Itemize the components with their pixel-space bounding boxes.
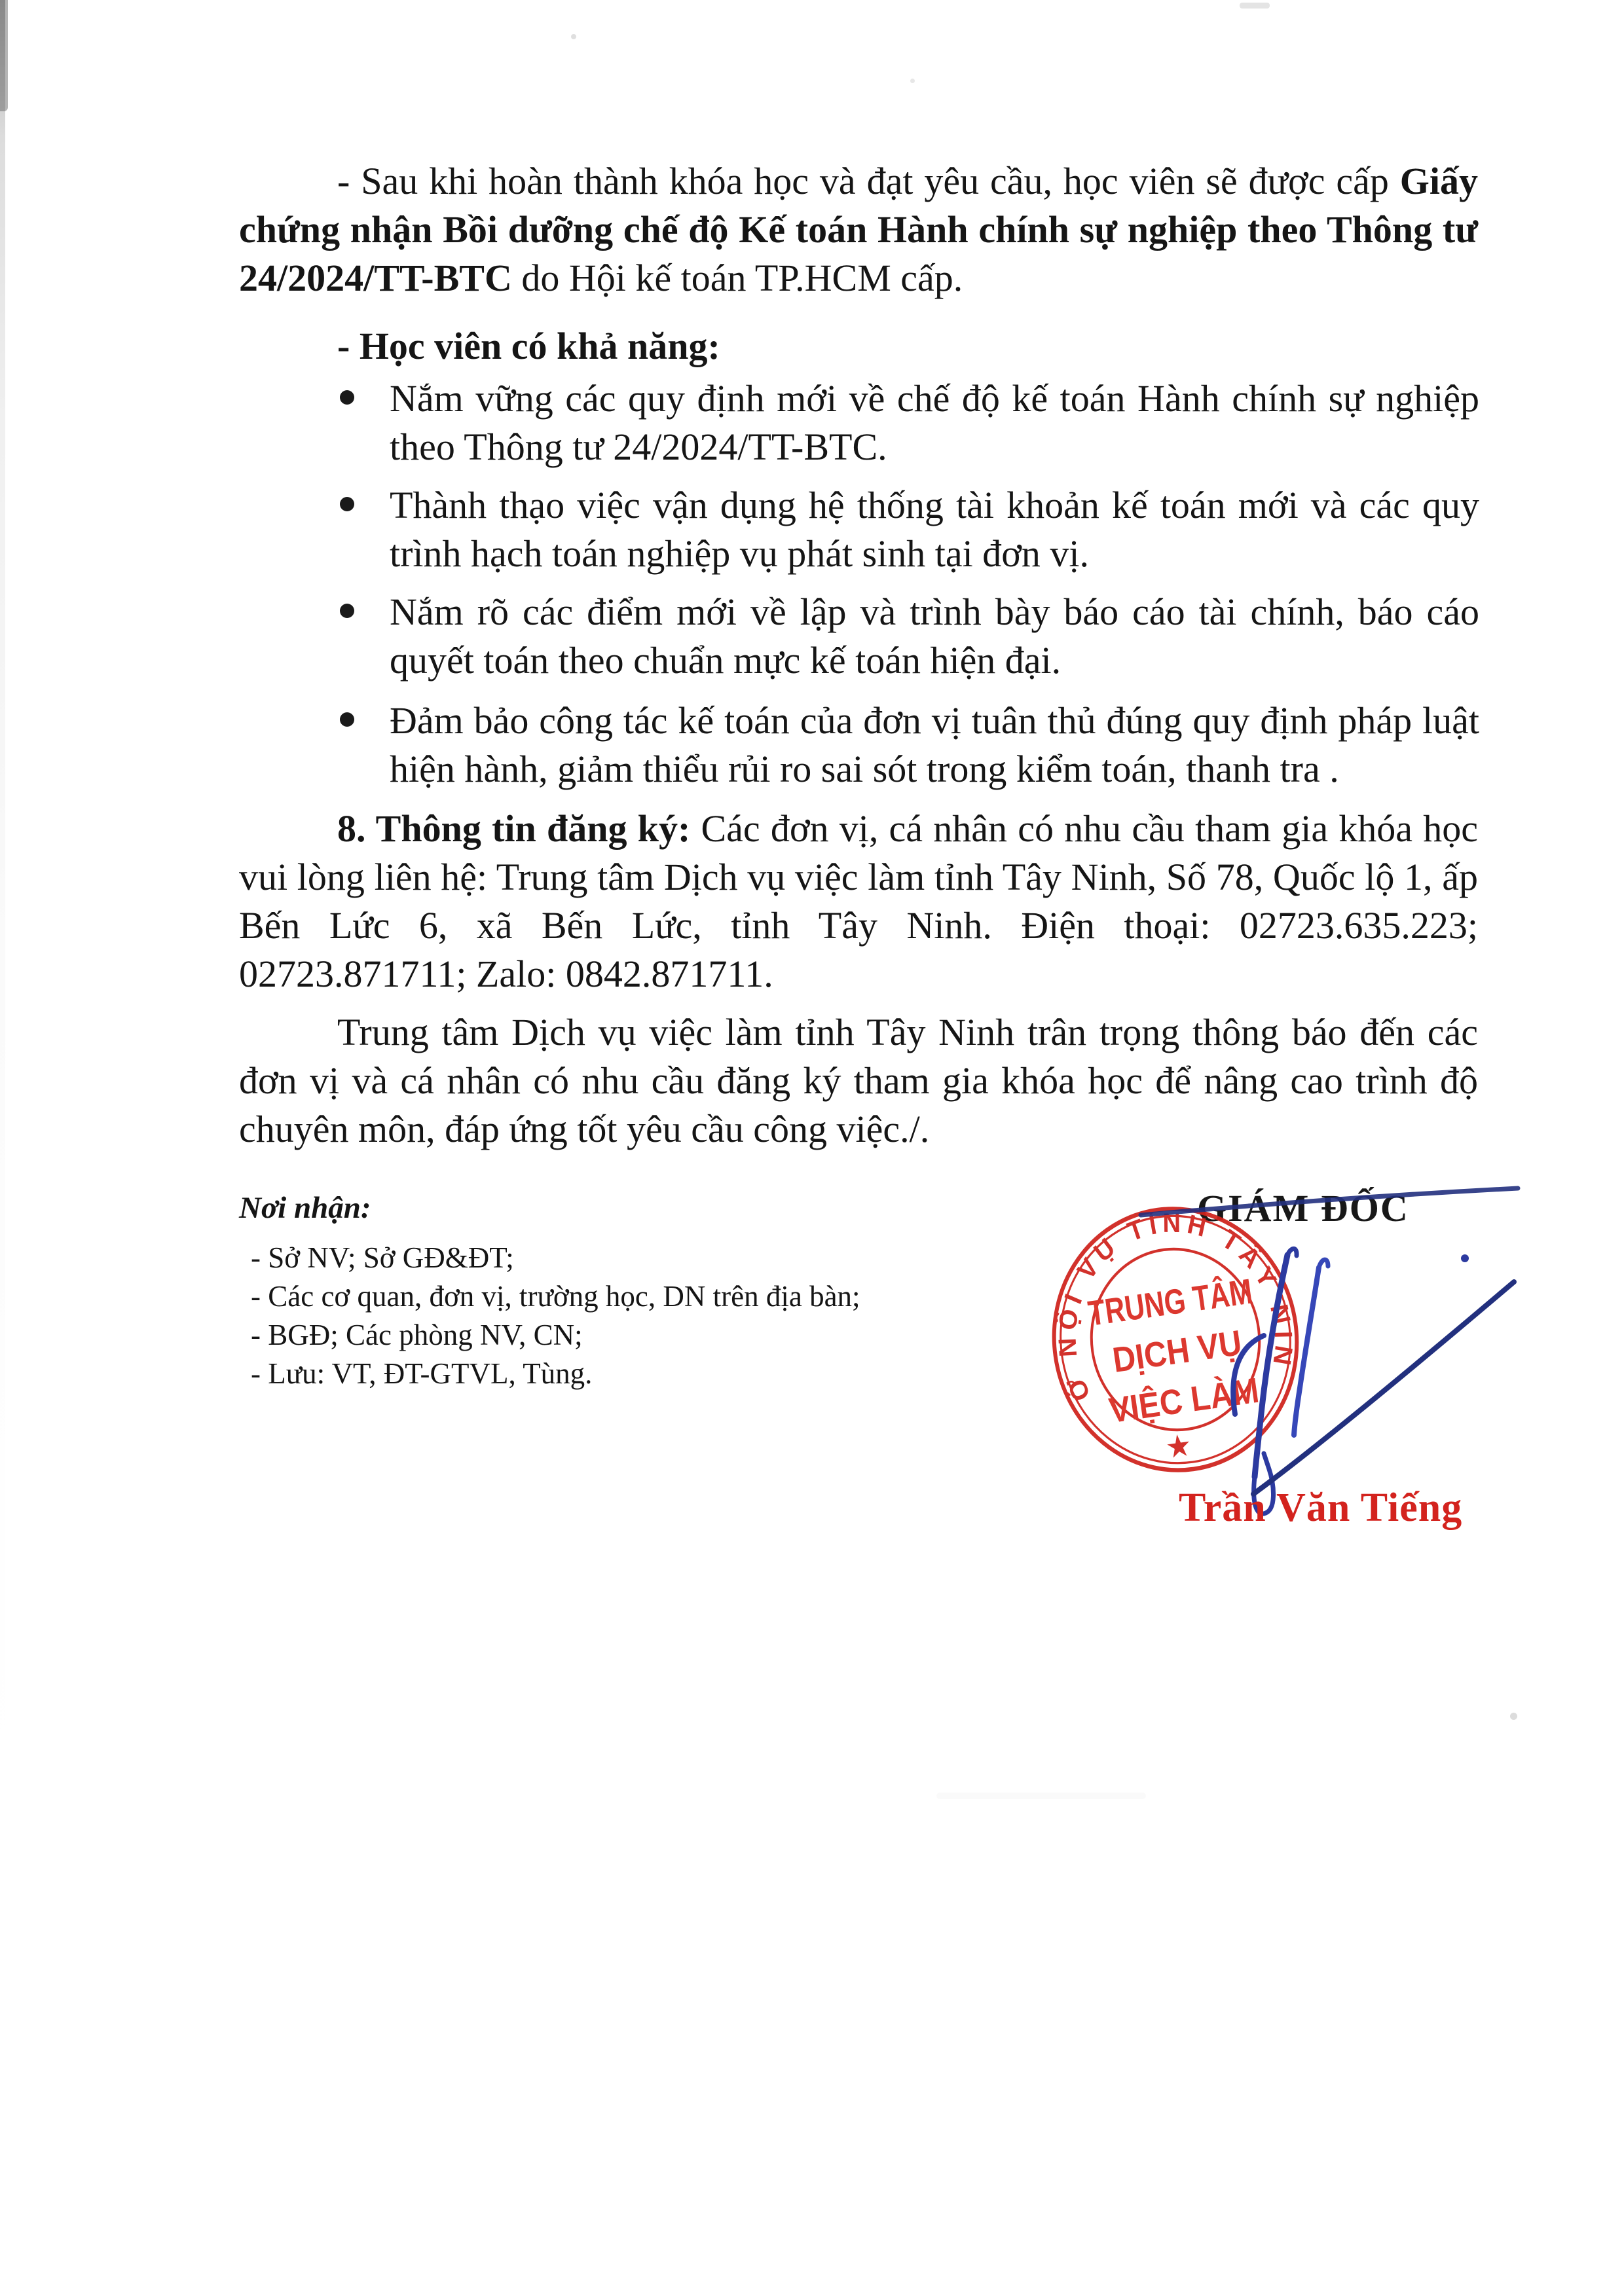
bullet-text: Thành thạo việc vận dụng hệ thống tài kh… <box>390 481 1479 578</box>
paragraph-certificate-text-2: do Hội kế toán TP.HCM cấp. <box>512 257 963 299</box>
scan-speck <box>1240 3 1270 9</box>
scan-edge-artifact-dark <box>0 0 8 111</box>
capability-bullet-item: Thành thạo việc vận dụng hệ thống tài kh… <box>340 481 1479 578</box>
scan-speck <box>910 79 915 83</box>
scan-edge-artifact <box>0 0 5 2296</box>
bullet-icon <box>340 712 354 727</box>
capability-heading: - Học viên có khả năng: <box>337 322 1477 371</box>
paragraph-registration: 8. Thông tin đăng ký: Các đơn vị, cá nhâ… <box>239 805 1478 998</box>
recipient-item: - Sở NV; Sở GĐ&ĐT; <box>251 1239 1037 1277</box>
capability-bullet-item: Nắm vững các quy định mới về chế độ kế t… <box>340 374 1479 471</box>
paragraph-closing: Trung tâm Dịch vụ việc làm tỉnh Tây Ninh… <box>239 1008 1478 1154</box>
bullet-icon <box>340 604 354 618</box>
recipients-heading: Nơi nhận: <box>239 1190 371 1226</box>
scan-smudge <box>936 1793 1146 1799</box>
signer-name: Trần Văn Tiếng <box>1179 1485 1462 1531</box>
bullet-text: Đảm bảo công tác kế toán của đơn vị tuân… <box>390 697 1479 793</box>
capability-bullet-item: Đảm bảo công tác kế toán của đơn vị tuân… <box>340 697 1479 793</box>
paragraph-registration-bold: 8. Thông tin đăng ký: <box>337 807 690 850</box>
document-page: - Sau khi hoàn thành khóa học và đạt yêu… <box>0 0 1624 2296</box>
bullet-text: Nắm rõ các điểm mới về lập và trình bày … <box>390 588 1479 685</box>
stamp-star-icon: ★ <box>1164 1427 1194 1465</box>
paragraph-certificate: - Sau khi hoàn thành khóa học và đạt yêu… <box>239 157 1478 302</box>
scan-speck <box>571 34 576 39</box>
bullet-icon <box>340 390 354 405</box>
stamp-center-line3: VIỆC LÀM <box>1107 1370 1261 1431</box>
paragraph-certificate-text: - Sau khi hoàn thành khóa học và đạt yêu… <box>337 160 1400 202</box>
recipient-item: - Các cơ quan, đơn vị, trường học, DN tr… <box>251 1277 1037 1316</box>
recipients-list: - Sở NV; Sở GĐ&ĐT; - Các cơ quan, đơn vị… <box>251 1239 1037 1393</box>
stamp-center-line2: DỊCH VỤ <box>1110 1323 1244 1380</box>
recipient-item: - BGĐ; Các phòng NV, CN; <box>251 1316 1037 1355</box>
bullet-text: Nắm vững các quy định mới về chế độ kế t… <box>390 374 1479 471</box>
bullet-icon <box>340 497 354 511</box>
recipient-item: - Lưu: VT, ĐT-GTVL, Tùng. <box>251 1355 1037 1393</box>
scan-speck <box>1510 1713 1517 1720</box>
capability-bullet-item: Nắm rõ các điểm mới về lập và trình bày … <box>340 588 1479 685</box>
